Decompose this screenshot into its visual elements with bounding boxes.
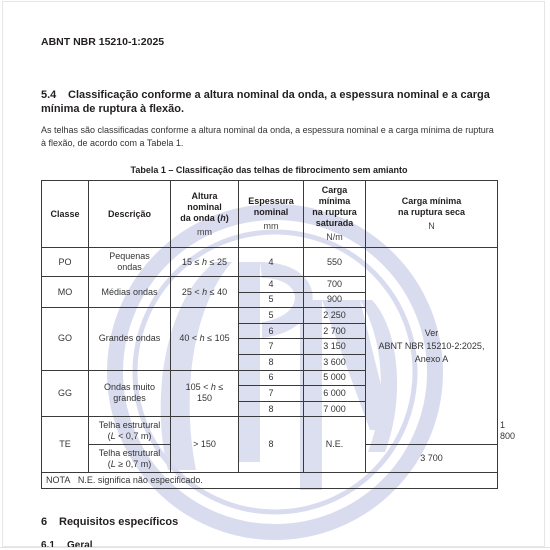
cell-carga-seca: 3 700 [366,445,498,473]
cell-carga-saturada: 2 250 [304,308,366,324]
section-6-title: Requisitos específicos [59,516,178,528]
cell-carga-saturada: 900 [304,292,366,308]
cell-espessura: 6 [239,323,304,339]
cell-descricao: Telha estrutural(L ≥ 0,7 m) [89,445,171,473]
cell-carga-saturada: 5 000 [304,370,366,386]
table-caption: Tabela 1 – Classificação das telhas de f… [41,165,497,175]
section-heading: 5.4Classificação conforme a altura nomin… [41,88,501,116]
cell-espessura: 7 [239,339,304,355]
document-id: ABNT NBR 15210-1:2025 [41,36,164,48]
header-classe: Classe [42,181,89,248]
section-paragraph: As telhas são classificadas conforme a a… [41,124,501,150]
cell-espessura: 8 [239,417,304,473]
header-espessura-unit: mm [241,221,301,232]
cell-carga-saturada: 700 [304,277,366,293]
table-note-row: NOTA N.E. significa não especificado. [42,473,498,489]
cell-descricao: Grandes ondas [89,308,171,370]
cell-espessura: 8 [239,401,304,417]
section-title: Classificação conforme a altura nominal … [41,89,490,115]
classification-table: Classe Descrição Alturanominalda onda (h… [41,180,498,489]
cell-classe: GO [42,308,89,370]
cell-espessura: 7 [239,386,304,402]
cell-espessura: 5 [239,292,304,308]
cell-espessura: 8 [239,354,304,370]
cell-descricao: Médias ondas [89,277,171,308]
header-carga-saturada: Cargamínimana rupturasaturadaN/m [304,181,366,248]
cell-carga-saturada: 3 600 [304,354,366,370]
section-6-number: 6 [41,516,59,528]
cell-classe: GG [42,370,89,417]
cell-carga-saturada: 7 000 [304,401,366,417]
cell-altura: 15 ≤ h ≤ 25 [171,248,239,277]
table-header-row: Classe Descrição Alturanominalda onda (h… [42,181,498,248]
header-carga-seca-unit: N [368,221,495,232]
cell-altura: 105 < h ≤150 [171,370,239,417]
cell-classe: TE [42,417,89,473]
section-6-heading: 6Requisitos específicos [41,516,178,528]
cell-descricao: Ondas muitograndes [89,370,171,417]
cell-carga-saturada: 3 150 [304,339,366,355]
cell-descricao: Pequenasondas [89,248,171,277]
header-altura: Alturanominalda onda (h)mm [171,181,239,248]
table-row: PO Pequenasondas 15 ≤ h ≤ 25 4 550 Ver A… [42,248,498,277]
cell-espessura: 5 [239,308,304,324]
cell-altura: 40 < h ≤ 105 [171,308,239,370]
header-descricao: Descrição [89,181,171,248]
cell-altura: 25 < h ≤ 40 [171,277,239,308]
cell-carga-saturada: 2 700 [304,323,366,339]
cell-carga-saturada: 6 000 [304,386,366,402]
cell-carga-seca-reference: Ver ABNT NBR 15210-2:2025, Anexo A [366,248,498,445]
cell-altura: > 150 [171,417,239,473]
header-altura-unit: mm [173,227,236,238]
cell-descricao: Telha estrutural(L < 0,7 m) [89,417,171,445]
cell-espessura: 4 [239,248,304,277]
header-espessura: Espessuranominalmm [239,181,304,248]
cell-espessura: 6 [239,370,304,386]
header-carga-saturada-unit: N/m [306,232,363,243]
cell-espessura: 4 [239,277,304,293]
table-note: NOTA N.E. significa não especificado. [42,473,498,489]
section-number: 5.4 [41,88,68,102]
cell-classe: PO [42,248,89,277]
cell-carga-saturada: 550 [304,248,366,277]
cell-classe: MO [42,277,89,308]
header-carga-seca: Carga mínimana ruptura secaN [366,181,498,248]
cell-carga-saturada: N.E. [304,417,366,473]
